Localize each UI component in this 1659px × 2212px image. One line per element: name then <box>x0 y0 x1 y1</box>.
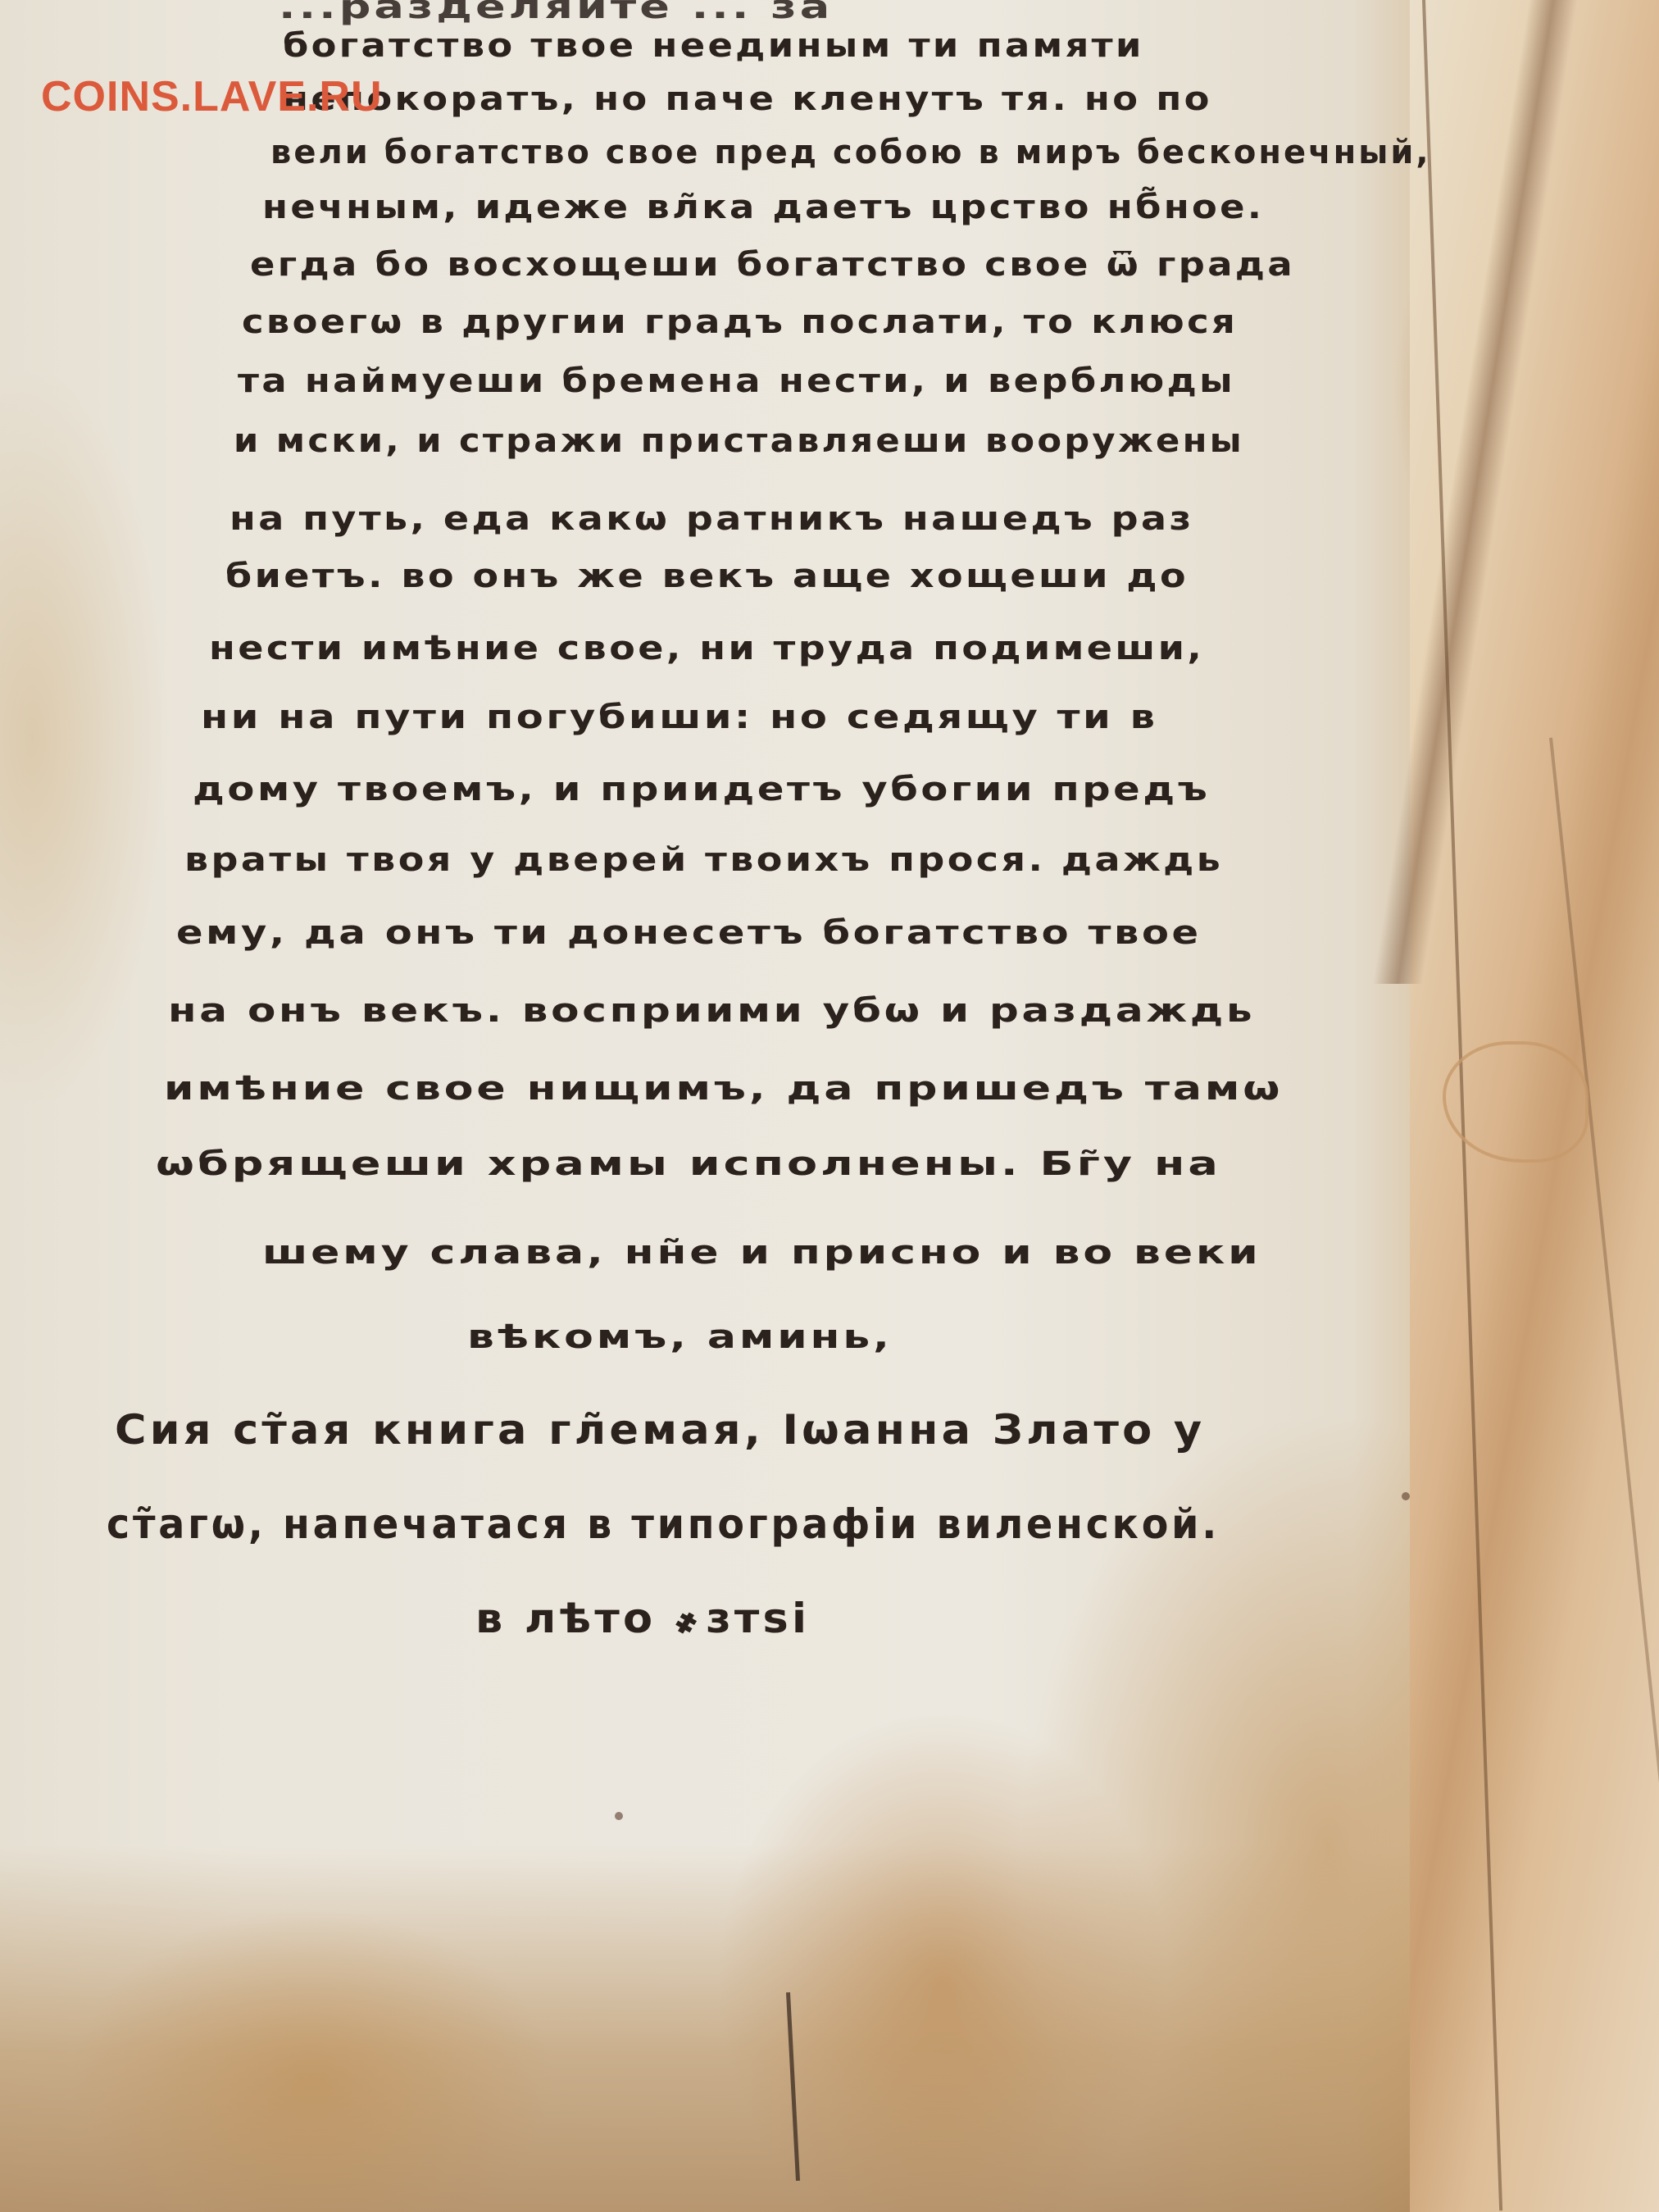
colophon-line: Сия ст̃ая книга гл̃емая, Іѡанна Злато у <box>115 1406 1205 1454</box>
text-line: дому твоемъ, и приидетъ убогии предъ <box>193 771 1210 808</box>
text-line: егда бо восхощеши богатство свое ѿ града <box>250 246 1295 284</box>
text-line: шему слава, нн̃е и присно и во веки <box>262 1234 1261 1272</box>
text-line: и мски, и стражи приставляеши вооружены <box>234 422 1244 460</box>
text-line: ему, да онъ ти донесетъ богатство твое <box>176 914 1202 952</box>
colophon-line: ст̃агѡ, напечатася в типографіи виленско… <box>107 1500 1220 1548</box>
watermark: COINS.LAVE.RU <box>41 72 383 121</box>
ink-speck <box>1402 1492 1410 1500</box>
text-line: нести имѣние свое, ни труда подимеши, <box>209 630 1204 667</box>
text-line: на онъ векъ. восприими убѡ и раздаждь <box>168 992 1255 1030</box>
text-line: богатство твое неединым ти памяти <box>283 27 1144 65</box>
text-line: ни на пути погубиши: но седящу ти в <box>201 699 1158 736</box>
text-line: враты твоя у дверей твоихъ прося. даждь <box>184 841 1223 879</box>
text-line: ѡбрящеши храмы исполнены. Бг̃у на <box>156 1145 1221 1183</box>
text-line: своегѡ в другии градъ послати, то клюся <box>242 303 1238 341</box>
text-line: вели богатство свое пред собою в миръ бе… <box>270 134 1431 171</box>
ink-speck <box>615 1812 623 1820</box>
colophon-line: в лѣто ҂зтѕі <box>475 1595 810 1642</box>
text-line: на путь, еда какѡ ратникъ нашедъ раз <box>230 500 1194 538</box>
text-line: ...разделяйте ... за <box>279 0 833 26</box>
text-line: та наймуеши бремена нести, и верблюды <box>238 362 1235 400</box>
text-line: биетъ. во онъ же векъ аще хощеши до <box>225 558 1189 595</box>
text-line: имѣние свое нищимъ, да пришедъ тамѡ <box>164 1070 1283 1108</box>
text-line: непокоратъ, но паче кленутъ тя. но по <box>283 80 1212 118</box>
text-line: вѣкомъ, аминь, <box>467 1318 893 1356</box>
text-line: нечным, идеже вл̃ка даетъ црство нб̃ное. <box>262 189 1264 226</box>
